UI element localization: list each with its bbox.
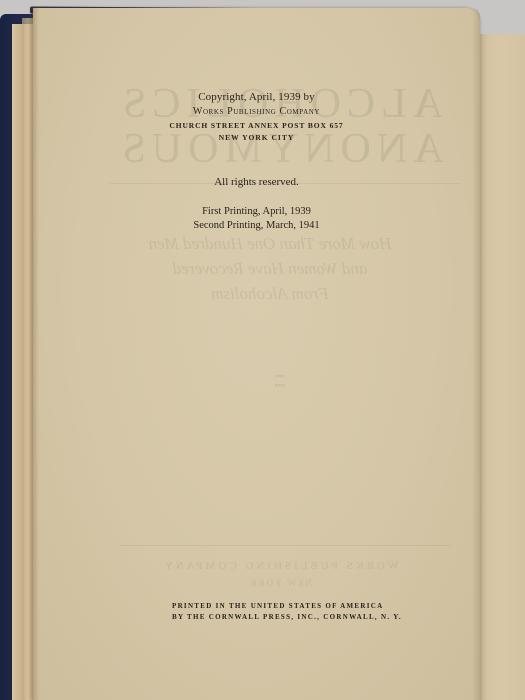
rights-statement: All rights reserved. [33,176,480,188]
printing-history-line: First Printing, April, 1939 [33,206,480,217]
printer-imprint: Printed in the United States of America … [172,601,397,623]
publisher-name: Works Publishing Company [33,106,480,117]
publisher-address: Church Street Annex Post Box 657 [33,121,480,130]
bleed-through-rule [120,545,450,546]
copyright-notice: Copyright, April, 1939 by [33,91,480,103]
publisher-city: New York City [33,133,480,142]
printing-history-line: Second Printing, March, 1941 [33,220,480,231]
printer-imprint-line: Printed in the United States of America [172,601,397,612]
printer-imprint-line: By The Cornwall Press, Inc., Cornwall, N… [172,612,397,623]
